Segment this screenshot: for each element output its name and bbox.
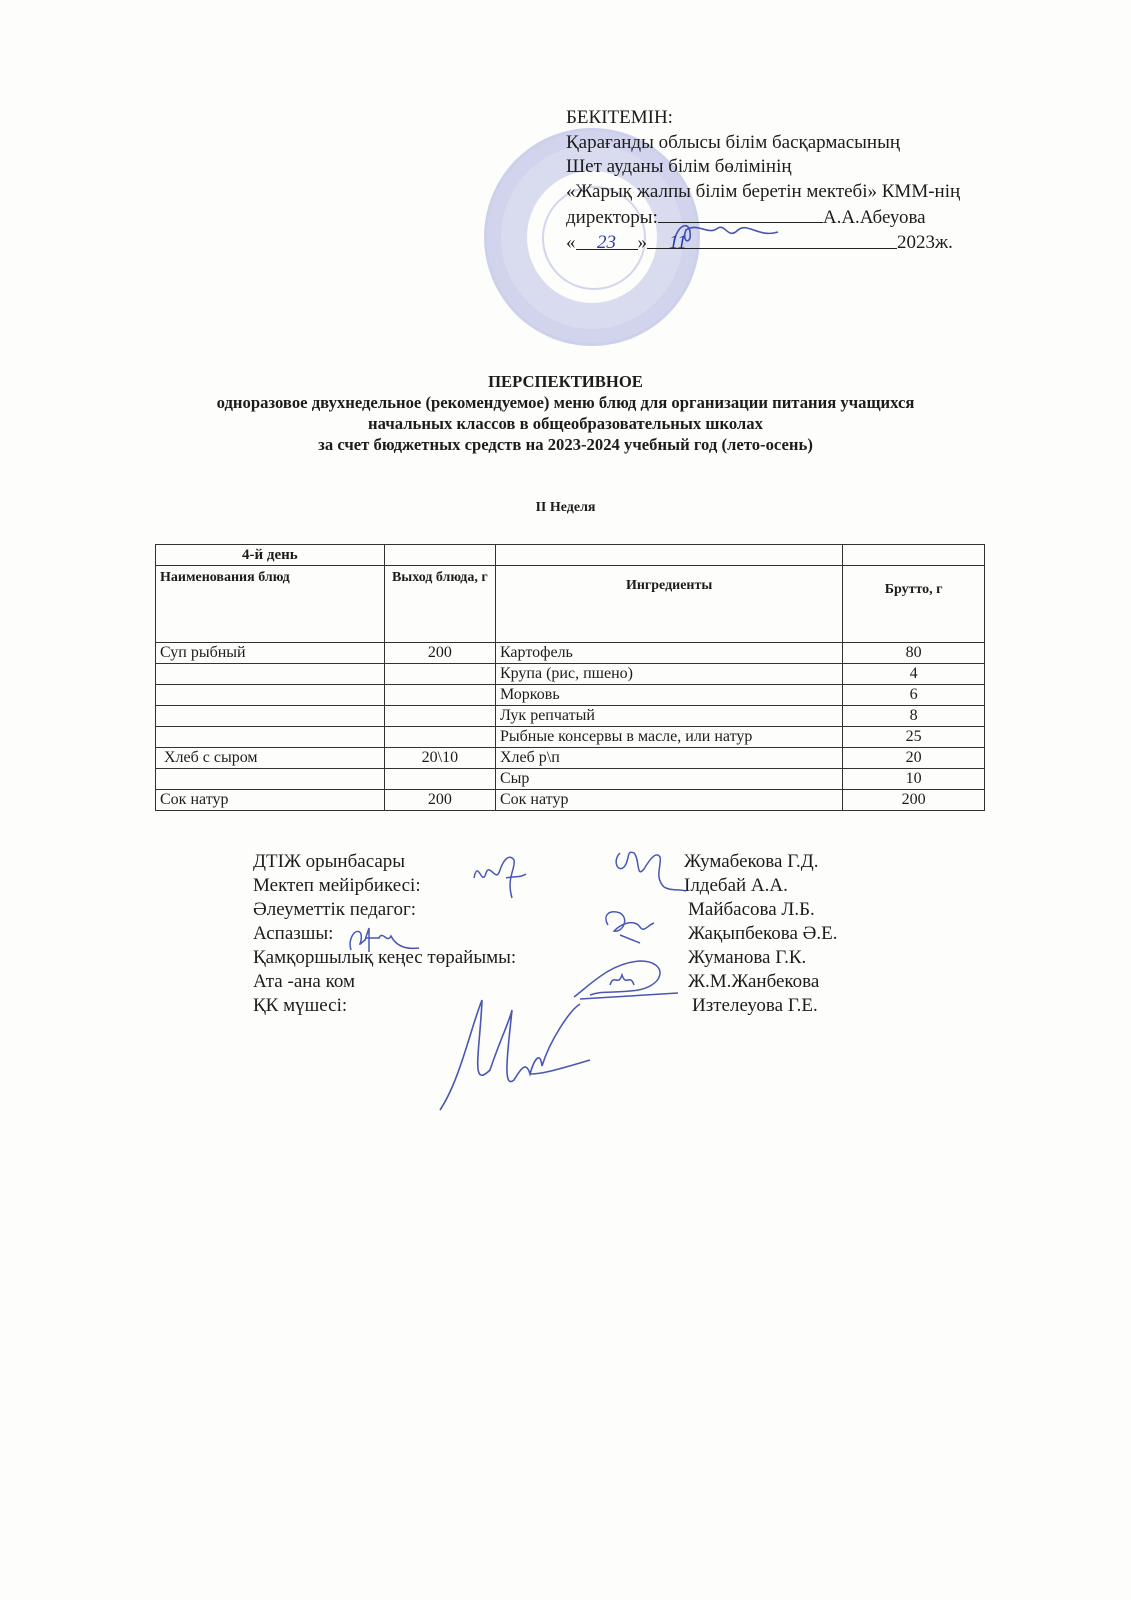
dish-output: 200 [384,790,495,811]
table-row: Сыр 10 [156,769,985,790]
week-label: II Неделя [0,500,1131,516]
signoff-names: Жумабекова Г.Д. Ілдебай А.А. Майбасова Л… [684,850,838,1018]
dish-name [156,769,385,790]
ingredient: Картофель [495,643,842,664]
approval-line-1: Қарағанды облысы білім басқармасының [566,131,960,156]
table-row: Лук репчатый 8 [156,706,985,727]
name-izteleuova: Изтелеуова Г.Е. [684,994,838,1018]
dish-name [156,664,385,685]
social-pedagogue-signature-icon [600,905,660,945]
title-line-1: ПЕРСПЕКТИВНОЕ [11,371,1119,392]
deputy-signature-icon [610,843,690,893]
name-zhakypbekova: Жақыпбекова Ә.Е. [684,922,838,946]
dish-name [156,685,385,706]
header-row: Наименования блюд Выход блюда, г Ингреди… [156,566,985,643]
brutto: 200 [843,790,985,811]
name-ildebay: Ілдебай А.А. [684,874,838,898]
name-zhumabekova: Жумабекова Г.Д. [684,850,838,874]
board-member-signature-icon [430,990,600,1120]
dish-output: 200 [384,643,495,664]
dish-name [156,706,385,727]
date-year: 2023ж. [897,232,953,253]
dish-name: Суп рыбный [156,643,385,664]
title-line-2: одноразовое двухнедельное (рекомендуемое… [11,392,1119,413]
table-row: Суп рыбный 200 Картофель 80 [156,643,985,664]
date-open-quote: « [566,232,576,253]
dish-output [384,769,495,790]
table-row: Хлеб с сыром 20\10 Хлеб р\п 20 [156,748,985,769]
date-day: 23 [576,231,638,250]
col-ingredients: Ингредиенты [495,566,842,643]
brutto: 6 [843,685,985,706]
brutto: 10 [843,769,985,790]
dish-output: 20\10 [384,748,495,769]
date-close-quote: » [638,232,648,253]
brutto: 4 [843,664,985,685]
dish-name: Хлеб с сыром [156,748,385,769]
director-name: А.А.Абеуова [823,207,926,228]
cook-signature-icon [343,920,423,960]
dish-name: Сок натур [156,790,385,811]
title-line-4: за счет бюджетных средств на 2023-2024 у… [11,434,1119,455]
approval-line-2: Шет ауданы білім бөлімінің [566,155,960,180]
director-signature-icon [668,218,788,248]
name-zhanbekova: Ж.М.Жанбекова [684,970,838,994]
day-row: 4-й день [156,545,985,566]
col-brutto: Брутто, г [843,566,985,643]
name-maybasova: Майбасова Л.Б. [684,898,838,922]
dish-output [384,664,495,685]
menu-table: 4-й день Наименования блюд Выход блюда, … [155,544,985,811]
ingredient: Сок натур [495,790,842,811]
day-label: 4-й день [156,545,385,566]
approval-line-3: «Жарық жалпы білім беретін мектебі» КММ-… [566,180,960,205]
dish-output [384,706,495,727]
ingredient: Крупа (рис, пшено) [495,664,842,685]
brutto: 80 [843,643,985,664]
ingredient: Рыбные консервы в масле, или натур [495,727,842,748]
table-row: Рыбные консервы в масле, или натур 25 [156,727,985,748]
dish-output [384,727,495,748]
empty-cell [384,545,495,566]
title-line-3: начальных классов в общеобразовательных … [11,413,1119,434]
nurse-signature-icon [470,848,530,903]
ingredient: Сыр [495,769,842,790]
director-label: директоры: [566,207,658,228]
dish-output [384,685,495,706]
approval-heading: БЕКІТЕМІН: [566,106,960,131]
table-row: Крупа (рис, пшено) 4 [156,664,985,685]
table-row: Сок натур 200 Сок натур 200 [156,790,985,811]
table-row: Морковь 6 [156,685,985,706]
ingredient: Хлеб р\п [495,748,842,769]
empty-cell [495,545,842,566]
name-zhumanova: Жуманова Г.К. [684,946,838,970]
col-dish-name: Наименования блюд [156,566,385,643]
brutto: 25 [843,727,985,748]
ingredient: Морковь [495,685,842,706]
brutto: 8 [843,706,985,727]
ingredient: Лук репчатый [495,706,842,727]
col-output: Выход блюда, г [384,566,495,643]
brutto: 20 [843,748,985,769]
dish-name [156,727,385,748]
empty-cell [843,545,985,566]
document-title: ПЕРСПЕКТИВНОЕ одноразовое двухнедельное … [11,371,1119,455]
